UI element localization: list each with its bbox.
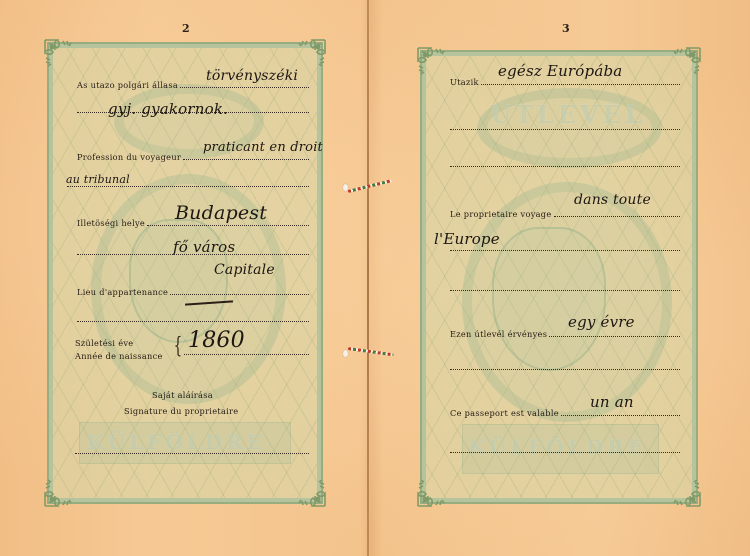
field-label: Utazik <box>450 77 481 87</box>
ornament-corner-icon <box>297 478 327 508</box>
signature-label-fr: Signature du proprietaire <box>124 406 238 416</box>
field-label: As utazo polgári állasa <box>77 80 180 90</box>
handwritten-value: au tribunal <box>66 173 130 186</box>
field-label: Le proprietaire voyage <box>450 209 554 219</box>
watermark-text-bottom: KÜLFÖLDRE <box>468 435 647 459</box>
binding-hole-bottom <box>343 350 348 357</box>
field-travels-to: Le proprietaire voyage <box>450 209 680 219</box>
field-value-line <box>184 353 309 355</box>
handwritten-value: Capitale <box>214 262 275 278</box>
field-value-line <box>549 335 680 337</box>
handwritten-value: gyj. gyakornok. <box>108 100 228 118</box>
field-destination-cont-2 <box>450 165 680 169</box>
birth-label-fr: Année de naissance <box>75 351 163 361</box>
birth-label-hu: Születési éve <box>75 338 133 348</box>
right-page-frame: ÚTLEVÉL KÜLFÖLDRE <box>420 50 698 504</box>
field-value-line <box>561 414 680 416</box>
field-value-line <box>554 215 681 217</box>
field-place-of-belonging-cont <box>77 320 309 324</box>
handwritten-value: Budapest <box>175 202 267 224</box>
ornament-corner-icon <box>416 478 446 508</box>
field-value-line <box>450 165 680 167</box>
field-travels-to-cont-2 <box>450 289 680 293</box>
book-gutter <box>367 0 369 556</box>
field-label: Ezen útlevél érvényes <box>450 329 549 339</box>
field-label: Lieu d'appartenance <box>77 287 170 297</box>
handwritten-value: l'Europe <box>434 230 500 248</box>
handwritten-value: egy évre <box>568 313 635 331</box>
field-place-of-belonging: Lieu d'appartenance <box>77 287 309 297</box>
binding-thread-bottom <box>348 347 394 356</box>
brace-icon: { <box>174 336 182 358</box>
field-validity-fr: Ce passeport est valable <box>450 408 680 418</box>
signature-label-hu: Saját aláírása <box>152 390 213 400</box>
field-validity-hu-cont <box>450 368 680 372</box>
field-label: Ce passeport est valable <box>450 408 561 418</box>
field-value-line <box>77 320 309 322</box>
watermark-text-bottom: KÜLFÖLDRE <box>87 430 266 454</box>
ornament-corner-icon <box>672 478 702 508</box>
field-value-line <box>183 158 309 160</box>
field-birth-year <box>184 353 309 357</box>
field-travels-to-cont <box>450 249 680 253</box>
field-signature <box>75 452 309 456</box>
field-value-line <box>170 293 309 295</box>
field-label: Illetöségi helye <box>77 218 147 228</box>
field-destination-cont <box>450 128 680 132</box>
field-validity-fr-cont <box>450 451 680 455</box>
field-validity-hu: Ezen útlevél érvényes <box>450 329 680 339</box>
field-label: Profession du voyageur <box>77 152 183 162</box>
ornament-corner-icon <box>416 46 446 76</box>
handwritten-value: törvényszéki <box>206 68 298 84</box>
field-value-line <box>147 224 309 226</box>
page-number-left: 2 <box>182 22 190 35</box>
handwritten-value: dans toute <box>574 192 651 208</box>
ornament-corner-icon <box>297 38 327 68</box>
field-value-line <box>450 249 680 251</box>
ornament-corner-icon <box>43 478 73 508</box>
field-value-line <box>481 83 680 85</box>
binding-thread-top <box>348 179 392 193</box>
handwritten-value: egész Európába <box>498 62 622 80</box>
field-value-line <box>180 86 309 88</box>
handwritten-value: praticant en droit <box>203 140 323 155</box>
page-number-right: 3 <box>562 22 570 35</box>
signature-line <box>75 452 309 454</box>
field-value-line <box>450 368 680 370</box>
ornament-corner-icon <box>43 38 73 68</box>
watermark-text-top: ÚTLEVÉL <box>490 100 646 129</box>
handwritten-value: un an <box>590 393 634 411</box>
ornament-corner-icon <box>672 46 702 76</box>
field-value-line <box>450 128 680 130</box>
field-value-line <box>450 289 680 291</box>
field-value-line <box>450 451 680 453</box>
handwritten-birth-year: 1860 <box>188 328 245 353</box>
handwritten-value: fő város <box>173 238 235 256</box>
passport-spread: 2 KÜLFÖLDRE As utazo polgári állasa törv… <box>0 0 750 556</box>
